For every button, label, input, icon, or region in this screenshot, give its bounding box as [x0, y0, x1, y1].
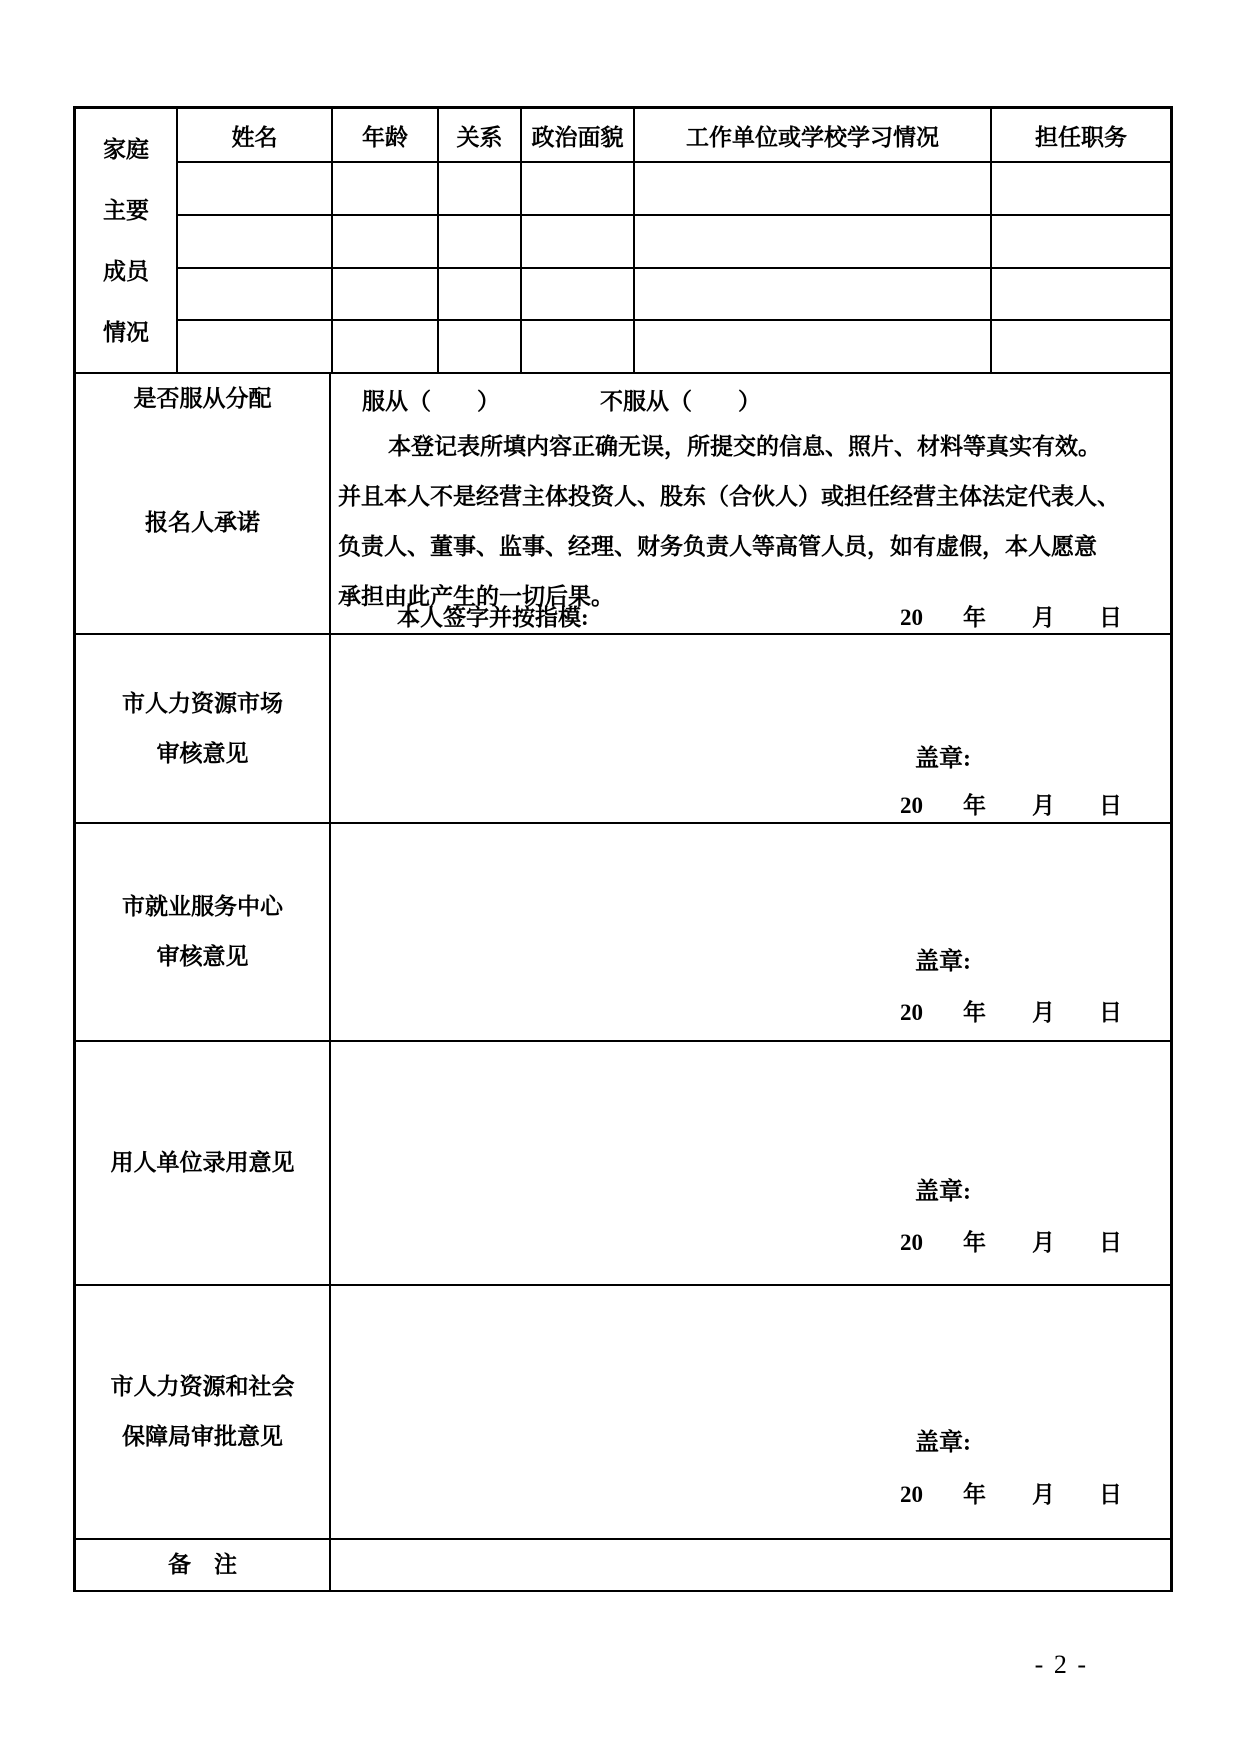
promise-line: 负责人、董事、监事、经理、财务负责人等高管人员，如有虚假，本人愿意: [338, 522, 1160, 572]
date-month-label: 月: [1032, 1230, 1055, 1255]
stamp-label: 盖章:: [915, 738, 971, 773]
employment-center-review-section: 市就业服务中心 审核意见 盖章: 20年月日: [76, 824, 1170, 1040]
family-header-relation: 关系: [439, 109, 520, 161]
family-row3-name-cell[interactable]: [178, 269, 331, 320]
family-section-label: 家庭 主要 成员 情况: [76, 109, 176, 372]
stamp-label: 盖章:: [915, 941, 971, 976]
date-year-label: 年: [963, 793, 986, 818]
label-line: 审核意见: [157, 729, 249, 779]
family-row4-relation-cell[interactable]: [439, 321, 520, 372]
signature-label[interactable]: 本人签字并按指模:: [397, 599, 589, 632]
family-label-line: 成员: [103, 241, 149, 302]
label-line: 市就业服务中心: [122, 882, 283, 932]
employer-hiring-opinion-content[interactable]: 盖章: 20年月日: [331, 1042, 1170, 1284]
date-line[interactable]: 20年月日: [900, 1224, 1122, 1257]
applicant-promise-label: 报名人承诺: [76, 413, 329, 633]
family-row3-work-unit-cell[interactable]: [635, 269, 990, 320]
family-row4-name-cell[interactable]: [178, 321, 331, 372]
family-row3-age-cell[interactable]: [333, 269, 437, 320]
hr-market-review-content[interactable]: 盖章: 20年月日: [331, 635, 1170, 822]
family-row2-age-cell[interactable]: [333, 216, 437, 267]
hr-social-security-approval-content[interactable]: 盖章: 20年月日: [331, 1286, 1170, 1538]
stamp-label: 盖章:: [915, 1422, 971, 1457]
family-row4-political-cell[interactable]: [522, 321, 633, 372]
label-line: 保障局审批意见: [122, 1412, 283, 1462]
obey-assignment-row: 是否服从分配 服从（ ） 不服从（ ）: [76, 374, 1170, 411]
family-row4-position-cell[interactable]: [992, 321, 1170, 372]
date-year-prefix: 20: [900, 793, 923, 818]
registration-form-page: 家庭 主要 成员 情况 姓名 年龄 关系 政治面貌 工作单位或学校学习情况 担任…: [0, 0, 1240, 1753]
remark-input-area[interactable]: [331, 1540, 1170, 1590]
family-header-age: 年龄: [333, 109, 437, 161]
date-year-label: 年: [963, 1482, 986, 1507]
registration-form-table: 家庭 主要 成员 情况 姓名 年龄 关系 政治面貌 工作单位或学校学习情况 担任…: [73, 106, 1173, 1592]
family-row4-age-cell[interactable]: [333, 321, 437, 372]
hr-market-review-label: 市人力资源市场 审核意见: [76, 635, 329, 822]
date-day-label: 日: [1099, 1230, 1122, 1255]
family-row1-position-cell[interactable]: [992, 163, 1170, 214]
label-line: 市人力资源和社会: [111, 1362, 295, 1412]
date-year-label: 年: [963, 605, 986, 630]
hr-social-security-approval-label: 市人力资源和社会 保障局审批意见: [76, 1286, 329, 1538]
remark-row: 备 注: [76, 1540, 1170, 1590]
family-row4-work-unit-cell[interactable]: [635, 321, 990, 372]
date-month-label: 月: [1032, 1000, 1055, 1025]
family-row2-work-unit-cell[interactable]: [635, 216, 990, 267]
hr-social-security-approval-section: 市人力资源和社会 保障局审批意见 盖章: 20年月日: [76, 1286, 1170, 1538]
applicant-promise-section: 报名人承诺 本登记表所填内容正确无误，所提交的信息、照片、材料等真实有效。 并且…: [76, 413, 1170, 633]
promise-paragraph: 本登记表所填内容正确无误，所提交的信息、照片、材料等真实有效。 并且本人不是经营…: [331, 413, 1170, 622]
hr-market-review-section: 市人力资源市场 审核意见 盖章: 20年月日: [76, 635, 1170, 822]
family-row2-political-cell[interactable]: [522, 216, 633, 267]
family-row1-political-cell[interactable]: [522, 163, 633, 214]
date-line[interactable]: 20年月日: [900, 787, 1122, 820]
family-header-work-unit: 工作单位或学校学习情况: [635, 109, 990, 161]
page-number: - 2 -: [1035, 1650, 1088, 1680]
date-month-label: 月: [1032, 605, 1055, 630]
family-header-political-status: 政治面貌: [522, 109, 633, 161]
family-row2-name-cell[interactable]: [178, 216, 331, 267]
remark-label: 备 注: [76, 1540, 329, 1590]
promise-line: 本登记表所填内容正确无误，所提交的信息、照片、材料等真实有效。: [338, 422, 1160, 472]
date-year-prefix: 20: [900, 1230, 923, 1255]
family-row1-age-cell[interactable]: [333, 163, 437, 214]
label-line: 用人单位录用意见: [111, 1138, 295, 1188]
family-row3-relation-cell[interactable]: [439, 269, 520, 320]
date-month-label: 月: [1032, 793, 1055, 818]
family-row2-relation-cell[interactable]: [439, 216, 520, 267]
date-day-label: 日: [1099, 1000, 1122, 1025]
family-label-line: 家庭: [103, 119, 149, 180]
date-year-prefix: 20: [900, 1000, 923, 1025]
date-year-label: 年: [963, 1230, 986, 1255]
date-month-label: 月: [1032, 1482, 1055, 1507]
date-day-label: 日: [1099, 793, 1122, 818]
employer-hiring-opinion-label: 用人单位录用意见: [76, 1042, 329, 1284]
family-row1-relation-cell[interactable]: [439, 163, 520, 214]
stamp-label: 盖章:: [915, 1171, 971, 1206]
employment-center-review-content[interactable]: 盖章: 20年月日: [331, 824, 1170, 1040]
date-line[interactable]: 20年月日: [900, 1476, 1122, 1509]
date-year-prefix: 20: [900, 605, 923, 630]
promise-date-line[interactable]: 20年月日: [900, 599, 1122, 632]
family-label-line: 主要: [103, 180, 149, 241]
family-row3-position-cell[interactable]: [992, 269, 1170, 320]
refuse-option[interactable]: 不服从（ ）: [600, 383, 761, 416]
applicant-promise-content: 本登记表所填内容正确无误，所提交的信息、照片、材料等真实有效。 并且本人不是经营…: [331, 413, 1170, 633]
date-year-prefix: 20: [900, 1482, 923, 1507]
family-label-line: 情况: [103, 302, 149, 363]
family-members-section: 家庭 主要 成员 情况 姓名 年龄 关系 政治面貌 工作单位或学校学习情况 担任…: [76, 109, 1170, 372]
family-row2-position-cell[interactable]: [992, 216, 1170, 267]
date-line[interactable]: 20年月日: [900, 994, 1122, 1027]
family-header-position: 担任职务: [992, 109, 1170, 161]
label-line: 审核意见: [157, 932, 249, 982]
date-day-label: 日: [1099, 605, 1122, 630]
family-row1-work-unit-cell[interactable]: [635, 163, 990, 214]
obey-option[interactable]: 服从（ ）: [362, 383, 500, 416]
promise-line: 并且本人不是经营主体投资人、股东（合伙人）或担任经营主体法定代表人、: [338, 472, 1160, 522]
family-header-name: 姓名: [178, 109, 331, 161]
employer-hiring-opinion-section: 用人单位录用意见 盖章: 20年月日: [76, 1042, 1170, 1284]
family-row1-name-cell[interactable]: [178, 163, 331, 214]
label-line: 市人力资源市场: [122, 679, 283, 729]
date-year-label: 年: [963, 1000, 986, 1025]
family-row3-political-cell[interactable]: [522, 269, 633, 320]
date-day-label: 日: [1099, 1482, 1122, 1507]
employment-center-review-label: 市就业服务中心 审核意见: [76, 824, 329, 1040]
